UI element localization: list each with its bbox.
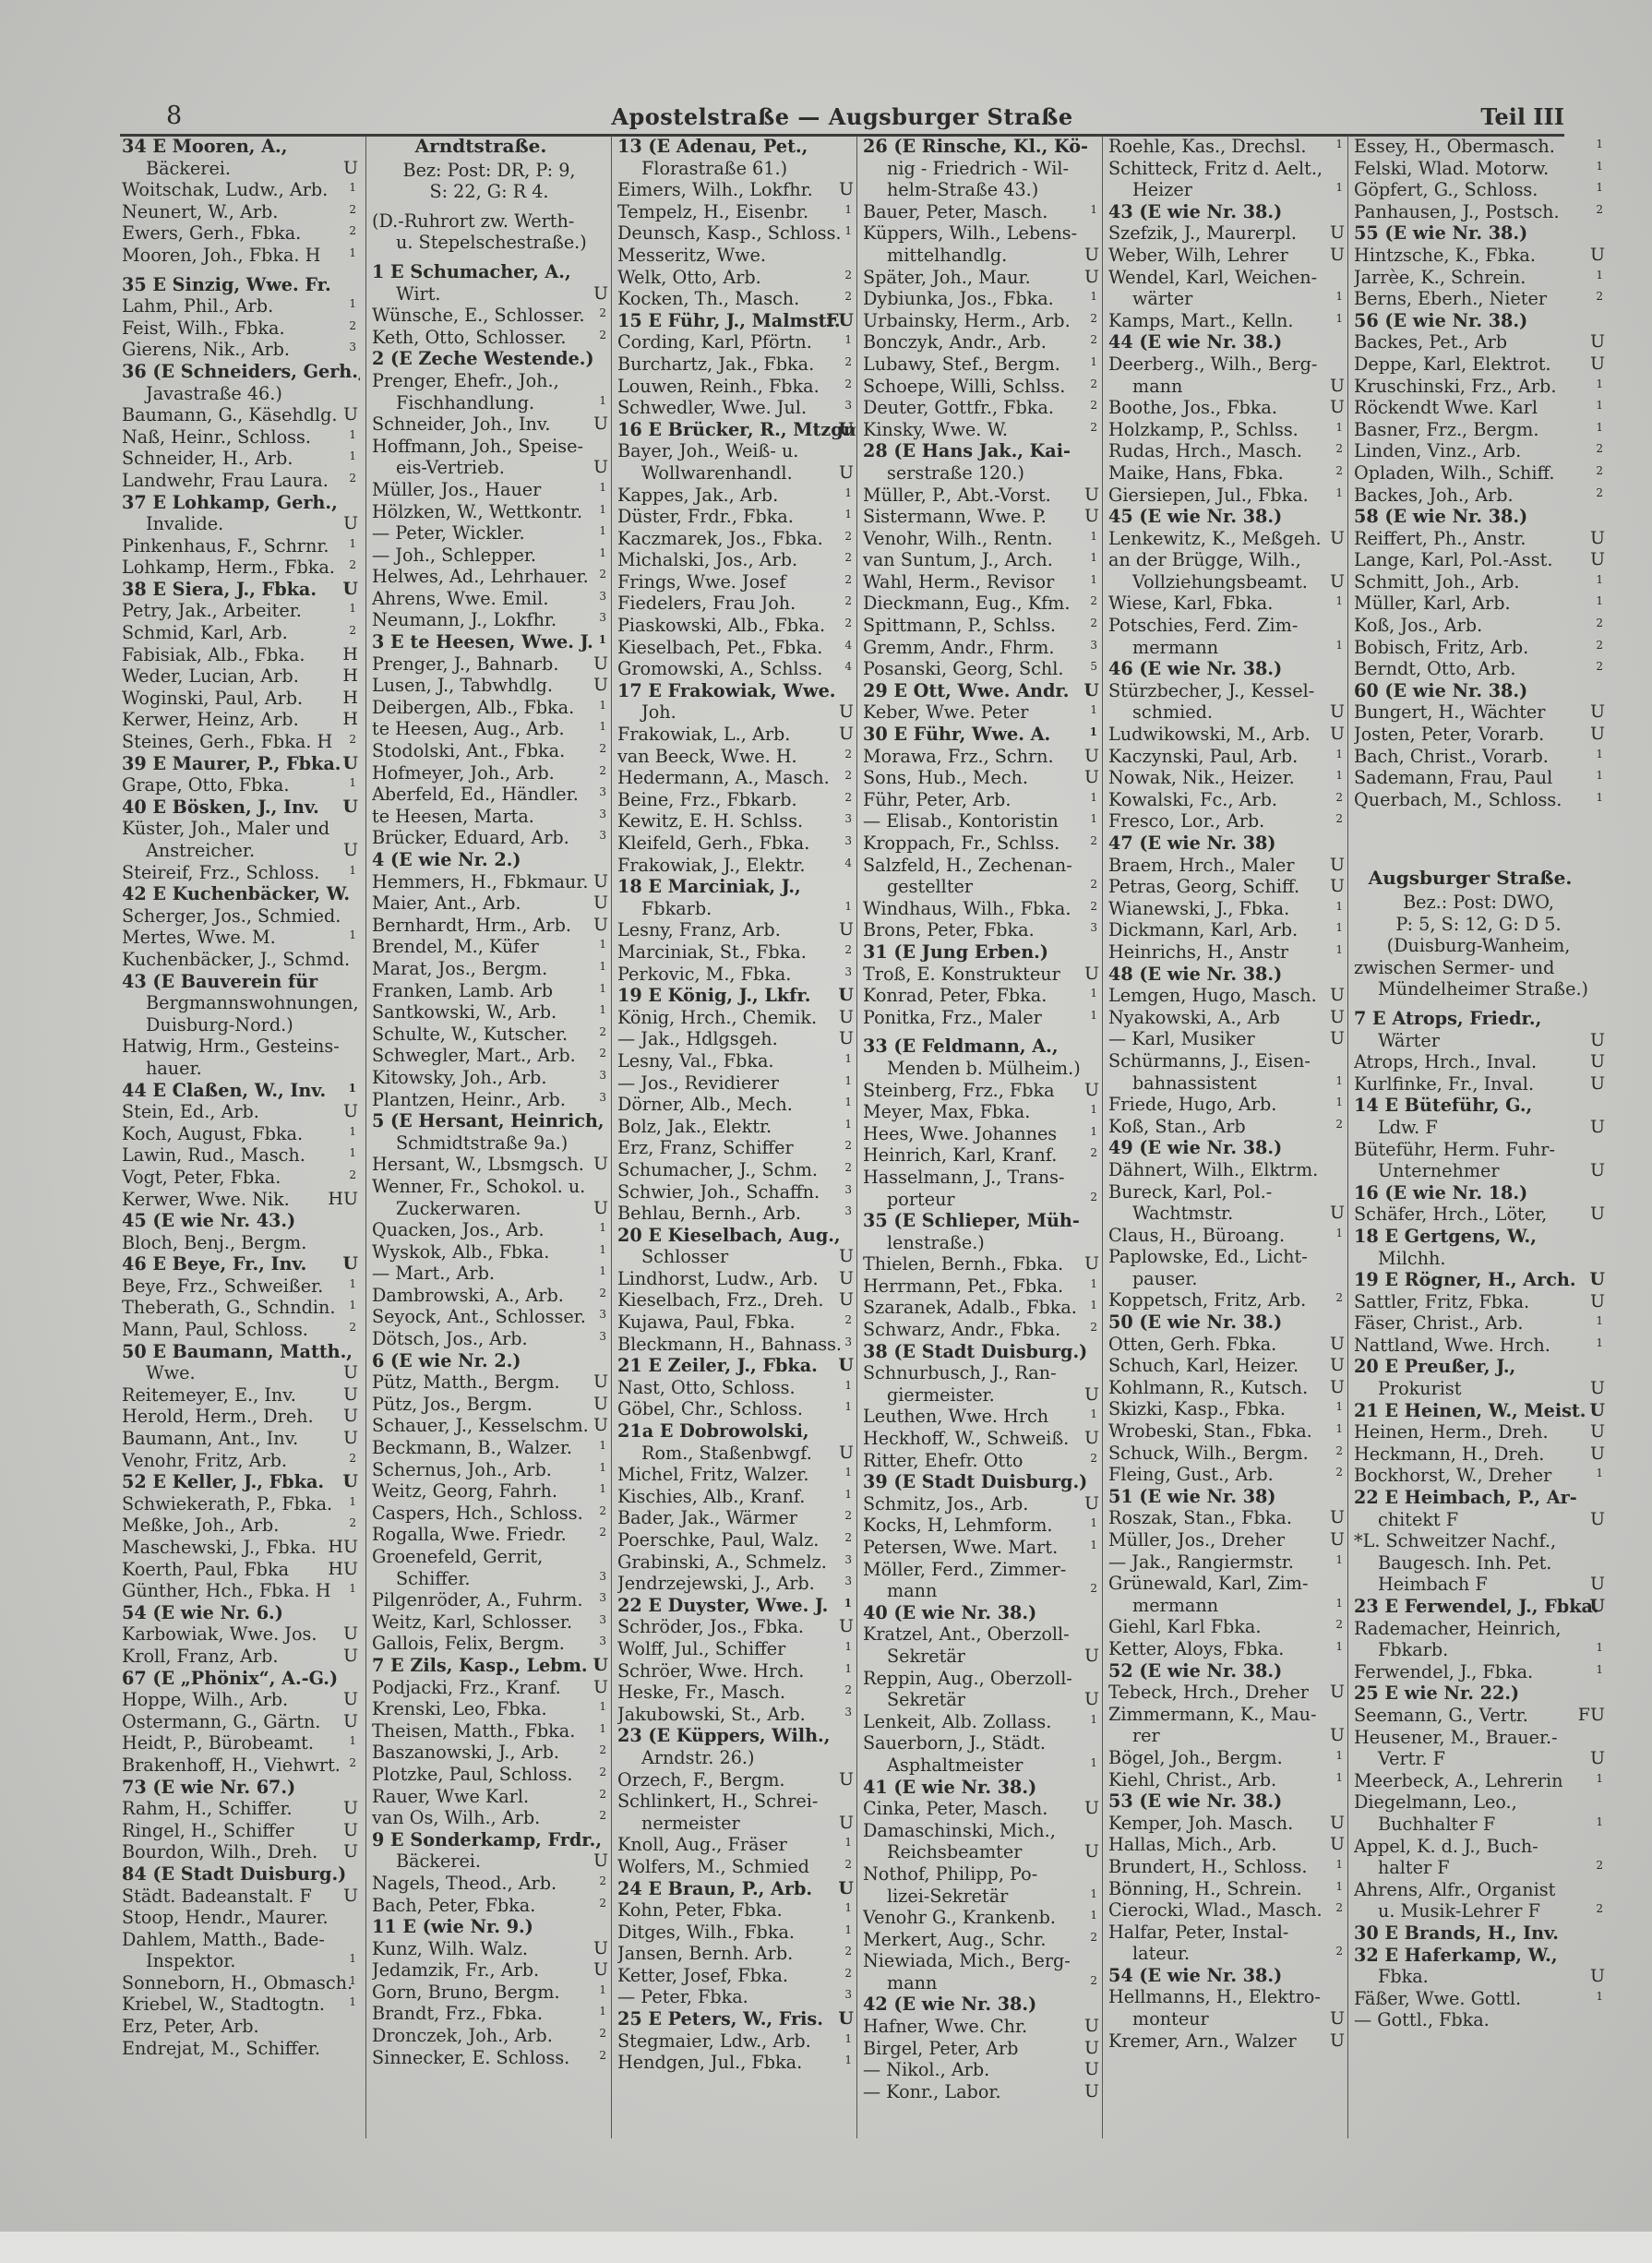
- resident-entry: mermann1: [1108, 637, 1347, 659]
- floor-marker: U: [1330, 245, 1345, 267]
- entry-text: Landwehr, Frau Laura.: [122, 470, 329, 491]
- resident-entry: — Gottl., Fbka.: [1354, 2009, 1607, 2031]
- entry-text: Poerschke, Paul, Walz.: [617, 1529, 819, 1551]
- entry-text: Roehle, Kas., Drechsl.: [1108, 136, 1306, 157]
- entry-text: 20 E Kieselbach, Aug.,: [617, 1225, 841, 1246]
- entry-text: 45 (E wie Nr. 38.): [1108, 506, 1282, 527]
- floor-marker: U: [1330, 1834, 1345, 1856]
- floor-marker: 2: [599, 1742, 606, 1762]
- entry-text: — Jak., Rangiermstr.: [1108, 1551, 1294, 1573]
- house-entry: 46 (E wie Nr. 38.): [1108, 658, 1347, 680]
- resident-entry: Wirt.U: [372, 283, 610, 305]
- resident-entry: Aberfeld, Ed., Händler.3: [372, 784, 610, 806]
- entry-text: Dieckmann, Eug., Kfm.: [863, 593, 1070, 614]
- entry-text: Messeritz, Wwe.: [617, 245, 766, 266]
- entry-text: Skizki, Kasp., Fbka.: [1108, 1398, 1286, 1419]
- entry-text: Schuck, Wilh., Bergm.: [1108, 1443, 1309, 1464]
- entry-text: Braem, Hrch., Maler: [1108, 855, 1295, 876]
- entry-text: Bleckmann, H., Bahnass.: [617, 1334, 842, 1355]
- floor-marker: 1: [1090, 789, 1097, 809]
- resident-entry: Frakowiak, J., Elektr.4: [617, 855, 856, 877]
- entry-text: Reppin, Aug., Oberzoll-: [863, 1668, 1072, 1689]
- entry-text: te Heesen, Marta.: [372, 806, 534, 827]
- entry-text: Herrmann, Pet., Fbka.: [863, 1275, 1063, 1297]
- entry-text: Marciniak, St., Fbka.: [617, 941, 807, 963]
- floor-marker: U: [1330, 1813, 1345, 1835]
- house-entry: 49 (E wie Nr. 38.): [1108, 1137, 1347, 1159]
- floor-marker: 2: [1596, 637, 1603, 657]
- floor-marker: 1: [1090, 810, 1097, 831]
- resident-entry: Kieselbach, Frz., Dreh.U: [617, 1289, 856, 1311]
- entry-text: Hoffmann, Joh., Speise-: [372, 436, 583, 457]
- resident-entry: Koppetsch, Fritz, Arb.2: [1108, 1289, 1347, 1311]
- house-entry: 7 E Atrops, Friedr.,: [1354, 1008, 1607, 1030]
- entry-text: 43 (E wie Nr. 38.): [1108, 201, 1282, 222]
- floor-marker: 1: [349, 179, 356, 199]
- resident-entry: — Peter, Wickler.1: [372, 522, 610, 545]
- floor-marker: 3: [599, 1328, 606, 1348]
- entry-text: Linden, Vinz., Arb.: [1354, 440, 1521, 461]
- floor-marker: U: [1330, 2030, 1345, 2053]
- entry-text: Krenski, Leo, Fbka.: [372, 1698, 547, 1719]
- floor-marker: 1: [1090, 1515, 1097, 1535]
- resident-entry: Cinka, Peter, Masch.U: [863, 1798, 1101, 1820]
- floor-marker: 2: [1090, 1972, 1097, 1993]
- part-label: Teil III: [1480, 103, 1564, 130]
- entry-text: Ketter, Josef, Fbka.: [617, 1965, 788, 1986]
- entry-text: Knoll, Aug., Fräser: [617, 1834, 787, 1855]
- floor-marker: U: [1330, 1507, 1345, 1529]
- entry-text: Santkowski, W., Arb.: [372, 1001, 557, 1023]
- entry-text: (D.-Ruhrort zw. Werth-: [372, 210, 574, 232]
- resident-entry: — Jos., Revidierer1: [617, 1072, 856, 1095]
- entry-text: 36 (E Schneiders, Gerh.,: [122, 361, 360, 382]
- entry-text: Hintzsche, K., Fbka.: [1354, 245, 1536, 266]
- floor-marker: 2: [349, 470, 356, 490]
- entry-text: Kuchenbäcker, J., Schmd.: [122, 949, 350, 970]
- floor-marker: 1: [1090, 1123, 1097, 1143]
- resident-entry: Schernus, Joh., Arb.1: [372, 1459, 610, 1481]
- floor-marker: U: [1590, 1378, 1605, 1400]
- resident-entry: Keber, Wwe. Peter1: [863, 701, 1101, 724]
- entry-text: Behlau, Bernh., Arb.: [617, 1203, 801, 1224]
- entry-text: Piaskowski, Alb., Fbka.: [617, 615, 825, 636]
- entry-text: Fbkarb.: [641, 898, 712, 919]
- resident-entry: Schlinkert, H., Schrei-: [617, 1790, 856, 1813]
- entry-text: 52 (E wie Nr. 38.): [1108, 1660, 1282, 1682]
- floor-marker: 2: [844, 571, 852, 592]
- column-1: 34 E Mooren, A.,Bäckerei.UWoitschak, Lud…: [122, 136, 360, 2138]
- entry-text: Michalski, Jos., Arb.: [617, 549, 797, 570]
- floor-marker: 1: [599, 501, 606, 521]
- floor-marker: 3: [844, 810, 852, 831]
- entry-text: Kaczynski, Paul, Arb.: [1108, 746, 1298, 767]
- house-entry: 28 (E Hans Jak., Kai-: [863, 440, 1101, 462]
- entry-text: Asphaltmeister: [887, 1754, 1023, 1776]
- resident-entry: Bez.: Post: DWO,: [1354, 892, 1607, 914]
- entry-text: 6 (E wie Nr. 2.): [372, 1350, 521, 1371]
- floor-marker: U: [1590, 1509, 1605, 1531]
- entry-text: Deppe, Karl, Elektrot.: [1354, 353, 1551, 375]
- floor-marker: 1: [1335, 1072, 1343, 1093]
- entry-text: Nagels, Theod., Arb.: [372, 1873, 557, 1894]
- entry-text: Erz, Peter, Arb.: [122, 2016, 259, 2037]
- entry-text: Lohkamp, Herm., Fbka.: [122, 557, 335, 578]
- floor-marker: 1: [349, 448, 356, 468]
- resident-entry: Kaczynski, Paul, Arb.1: [1108, 746, 1347, 768]
- entry-text: Beine, Frz., Fbkarb.: [617, 789, 797, 810]
- floor-marker: 5: [1090, 658, 1097, 678]
- floor-marker: 1: [1596, 789, 1603, 809]
- resident-entry: schmied.U: [1108, 701, 1347, 724]
- resident-entry: Bader, Jak., Wärmer2: [617, 1507, 856, 1529]
- floor-marker: 2: [1335, 462, 1343, 483]
- entry-text: Pinkenhaus, F., Schrnr.: [122, 535, 329, 557]
- floor-marker: 1: [349, 1950, 356, 1970]
- entry-text: Zuckerwaren.: [396, 1198, 521, 1219]
- entry-text: Grabinski, A., Schmelz.: [617, 1551, 827, 1573]
- floor-marker: 1: [1335, 1769, 1343, 1790]
- floor-marker: 2: [1090, 331, 1097, 352]
- entry-text: 16 E Brücker, R., Mtzgm.: [617, 419, 856, 440]
- floor-marker: U: [839, 1769, 854, 1791]
- entry-text: Ahrens, Wwe. Emil.: [372, 588, 548, 609]
- entry-text: Kurlfinke, Fr., Inval.: [1354, 1073, 1534, 1095]
- resident-entry: Birgel, Peter, ArbU: [863, 2038, 1101, 2060]
- entry-text: Prenger, Ehefr., Joh.,: [372, 370, 559, 391]
- resident-entry: Atrops, Hrch., Inval.U: [1354, 1051, 1607, 1073]
- resident-entry: Fbkarb.1: [1354, 1639, 1607, 1661]
- floor-marker: 1: [349, 1732, 356, 1753]
- floor-marker: U: [839, 1007, 854, 1029]
- entry-text: 11 E (wie Nr. 9.): [372, 1916, 533, 1937]
- resident-entry: Reiffert, Ph., Anstr.U: [1354, 528, 1607, 550]
- entry-text: Müller, Jos., Hauer: [372, 479, 541, 500]
- floor-marker: 2: [349, 1515, 356, 1535]
- entry-text: Ringel, H., Schiffer: [122, 1820, 294, 1841]
- floor-marker: U: [593, 871, 608, 893]
- entry-text: Arndtstraße.: [415, 136, 547, 157]
- floor-marker: 4: [844, 855, 852, 875]
- resident-entry: Inspektor.1: [122, 1950, 360, 1972]
- entry-text: Arndstr. 26.): [641, 1747, 755, 1768]
- floor-marker: 1: [844, 201, 852, 222]
- resident-entry: Jakubowski, St., Arb.3: [617, 1704, 856, 1726]
- entry-text: mermann: [1132, 1595, 1218, 1616]
- entry-text: Büteführ, Herm. Fuhr-: [1354, 1139, 1555, 1160]
- floor-marker: 1: [1596, 1312, 1603, 1333]
- entry-text: Vertr. F: [1378, 1748, 1445, 1769]
- entry-text: 39 (E Stadt Duisburg.): [863, 1471, 1087, 1492]
- resident-entry: Wwe.U: [122, 1362, 360, 1384]
- floor-marker: 1: [1090, 1711, 1097, 1731]
- entry-text: Bolz, Jak., Elektr.: [617, 1116, 772, 1137]
- floor-marker: 2: [844, 1311, 852, 1332]
- resident-entry: Hees, Wwe. Johannes1: [863, 1123, 1101, 1145]
- resident-entry: Plotzke, Paul, Schloss.2: [372, 1764, 610, 1786]
- page-bottom-edge: [0, 2232, 1652, 2263]
- floor-marker: 2: [844, 789, 852, 809]
- resident-entry: Heimbach FU: [1354, 1574, 1607, 1596]
- floor-marker: H: [342, 644, 358, 666]
- entry-text: Petras, Georg, Schiff.: [1108, 876, 1299, 897]
- entry-text: Petersen, Wwe. Mart.: [863, 1537, 1058, 1558]
- floor-marker: 1: [1335, 485, 1343, 505]
- resident-entry: Ewers, Gerh., Fbka.2: [122, 222, 360, 245]
- resident-entry: Dörner, Alb., Mech.1: [617, 1094, 856, 1116]
- entry-text: Urbainsky, Herm., Arb.: [863, 310, 1071, 331]
- resident-entry: Theberath, G., Schndin.1: [122, 1297, 360, 1319]
- floor-marker: 1: [844, 1660, 852, 1681]
- entry-text: u. Musik-Lehrer F: [1378, 1900, 1540, 1922]
- resident-entry: Lahm, Phil., Arb.1: [122, 295, 360, 317]
- floor-marker: 4: [844, 637, 852, 657]
- floor-marker: 1: [599, 1241, 606, 1262]
- resident-entry: Boothe, Jos., Fbka.U: [1108, 397, 1347, 419]
- resident-entry: Petry, Jak., Arbeiter.1: [122, 600, 360, 622]
- resident-entry: Tempelz, H., Eisenbr.1: [617, 201, 856, 223]
- entry-text: Paplowske, Ed., Licht-: [1108, 1246, 1308, 1267]
- floor-marker: 3: [349, 339, 356, 359]
- resident-entry: Fäßer, Wwe. Gottl.1: [1354, 1988, 1607, 2010]
- resident-entry: Wrobeski, Stan., Fbka.1: [1108, 1420, 1347, 1443]
- resident-entry: *L. Schweitzer Nachf.,: [1354, 1530, 1607, 1552]
- entry-text: Schwegler, Mart., Arb.: [372, 1045, 576, 1066]
- house-entry: 11 E (wie Nr. 9.): [372, 1916, 610, 1938]
- resident-entry: Posanski, Georg, Schl.5: [863, 658, 1101, 680]
- resident-entry: halter F2: [1354, 1857, 1607, 1879]
- floor-marker: 1: [1596, 746, 1603, 766]
- floor-marker: 3: [844, 1704, 852, 1724]
- resident-entry: Zimmermann, K., Mau-: [1108, 1704, 1347, 1726]
- resident-entry: Marciniak, St., Fbka.2: [617, 941, 856, 964]
- entry-text: Duisburg-Nord.): [146, 1014, 293, 1036]
- entry-text: Kieselbach, Frz., Dreh.: [617, 1289, 823, 1311]
- entry-text: Keber, Wwe. Peter: [863, 701, 1028, 723]
- resident-entry: Brücker, Eduard, Arb.3: [372, 827, 610, 849]
- house-entry: 39 (E Stadt Duisburg.): [863, 1471, 1101, 1493]
- resident-entry: Kewitz, E. H. Schlss.3: [617, 810, 856, 832]
- house-entry: 73 (E wie Nr. 67.): [122, 1777, 360, 1799]
- resident-entry: Merkert, Aug., Schr.2: [863, 1929, 1101, 1951]
- resident-entry: Halfar, Peter, Instal-: [1108, 1922, 1347, 1944]
- house-entry: 38 (E Stadt Duisburg.): [863, 1341, 1101, 1363]
- house-entry: 36 (E Schneiders, Gerh.,: [122, 361, 360, 383]
- entry-text: Bader, Jak., Wärmer: [617, 1507, 797, 1528]
- resident-entry: Ritter, Ehefr. Otto2: [863, 1450, 1101, 1472]
- resident-entry: Schnurbusch, J., Ran-: [863, 1362, 1101, 1384]
- entry-text: Otten, Gerh. Fbka.: [1108, 1334, 1276, 1355]
- floor-marker: 2: [1090, 1319, 1097, 1339]
- entry-text: Deuter, Gottfr., Fbka.: [863, 397, 1054, 418]
- entry-text: 22 E Heimbach, P., Ar-: [1354, 1487, 1577, 1508]
- resident-entry: Wachtmstr.U: [1108, 1203, 1347, 1225]
- entry-text: Cierocki, Wlad., Masch.: [1108, 1899, 1323, 1921]
- resident-entry: Hedermann, A., Masch.2: [617, 767, 856, 789]
- entry-text: Wärter: [1378, 1030, 1440, 1051]
- floor-marker: 1: [1335, 1094, 1343, 1114]
- entry-text: Ahrens, Alfr., Organist: [1354, 1879, 1555, 1900]
- resident-entry: Dronczek, Joh., Arb.2: [372, 2025, 610, 2047]
- entry-text: Troß, E. Konstrukteur: [863, 964, 1060, 985]
- resident-entry: Quacken, Jos., Arb.1: [372, 1219, 610, 1241]
- entry-text: Bonczyk, Andr., Arb.: [863, 331, 1047, 353]
- floor-marker: 1: [1335, 1420, 1343, 1441]
- entry-text: Deerberg., Wilh., Berg-: [1108, 353, 1317, 375]
- floor-marker: 1: [1090, 1275, 1097, 1296]
- house-entry: 41 (E wie Nr. 38.): [863, 1777, 1101, 1799]
- resident-entry: Ketter, Josef, Fbka.2: [617, 1965, 856, 1987]
- resident-entry: giermeister.U: [863, 1384, 1101, 1407]
- resident-entry: Asphaltmeister1: [863, 1754, 1101, 1777]
- entry-text: Göpfert, G., Schloss.: [1354, 179, 1538, 200]
- floor-marker: 1: [1090, 1007, 1097, 1027]
- floor-marker: U: [343, 1841, 358, 1863]
- entry-text: 20 E Preußer, J.,: [1354, 1356, 1515, 1377]
- resident-entry: Lawin, Rud., Masch.1: [122, 1144, 360, 1167]
- resident-entry: UnternehmerU: [1354, 1160, 1607, 1182]
- resident-entry: Szaranek, Adalb., Fbka.1: [863, 1297, 1101, 1319]
- entry-text: Dähnert, Wilh., Elktrm.: [1108, 1159, 1318, 1180]
- house-entry: 56 (E wie Nr. 38.): [1354, 310, 1607, 332]
- resident-entry: Santkowski, W., Arb.1: [372, 1001, 610, 1024]
- floor-marker: 1: [1335, 637, 1343, 657]
- resident-entry: Poerschke, Paul, Walz.2: [617, 1529, 856, 1551]
- resident-entry: Schürmanns, J., Eisen-: [1108, 1050, 1347, 1072]
- entry-text: Javastraße 46.): [146, 383, 282, 404]
- entry-text: Lange, Karl, Pol.-Asst.: [1354, 549, 1552, 570]
- entry-text: Hallas, Mich., Arb.: [1108, 1834, 1277, 1855]
- resident-entry: Invalide.U: [122, 513, 360, 535]
- floor-marker: 2: [844, 353, 852, 374]
- floor-marker: 1: [349, 1080, 356, 1100]
- resident-entry: Nagels, Theod., Arb.2: [372, 1873, 610, 1895]
- column-6: Essey, H., Obermasch.1Felski, Wlad. Moto…: [1347, 136, 1607, 2138]
- entry-text: Nattland, Wwe. Hrch.: [1354, 1335, 1550, 1356]
- floor-marker: 1: [1090, 1537, 1097, 1557]
- entry-text: Venohr G., Krankenb.: [863, 1907, 1056, 1928]
- entry-text: Herold, Herm., Dreh.: [122, 1406, 314, 1427]
- resident-entry: Kujawa, Paul, Fbka.2: [617, 1311, 856, 1334]
- entry-text: Nyakowski, A., Arb: [1108, 1007, 1280, 1028]
- floor-marker: 1: [599, 936, 606, 956]
- entry-text: Weber, Wilh, Lehrer: [1108, 245, 1288, 266]
- entry-text: 13 (E Adenau, Pet.,: [617, 136, 808, 157]
- entry-text: Weitz, Karl, Schlosser.: [372, 1611, 572, 1633]
- resident-entry: ProkuristU: [1354, 1378, 1607, 1400]
- house-entry: 2 (E Zeche Westende.): [372, 348, 610, 370]
- entry-text: Ditges, Wilh., Fbka.: [617, 1922, 795, 1943]
- resident-entry: Gremm, Andr., Fhrm.3: [863, 637, 1101, 659]
- entry-text: Beckmann, B., Walzer.: [372, 1437, 572, 1458]
- entry-text: Hemmers, H., Fbkmaur.: [372, 871, 588, 892]
- floor-marker: 1: [349, 1123, 356, 1143]
- resident-entry: Sattler, Fritz, Fbka.U: [1354, 1291, 1607, 1313]
- resident-entry: Lesny, Franz, Arb.U: [617, 919, 856, 941]
- entry-text: 43 (E Bauverein für: [122, 971, 317, 992]
- house-entry: 20 E Kieselbach, Aug.,: [617, 1225, 856, 1247]
- entry-text: Steireif, Frz., Schloss.: [122, 862, 319, 883]
- floor-marker: 1: [1596, 1661, 1603, 1682]
- floor-marker: 2: [599, 2047, 606, 2067]
- page-title: Apostelstraße — Augsburger Straße: [120, 103, 1564, 130]
- resident-entry: Fabisiak, Alb., Fbka.H: [122, 644, 360, 666]
- resident-entry: bahnassistent1: [1108, 1072, 1347, 1095]
- entry-text: Schnurbusch, J., Ran-: [863, 1362, 1057, 1383]
- resident-entry: Rahm, H., Schiffer.U: [122, 1798, 360, 1820]
- entry-text: 60 (E wie Nr. 38.): [1354, 680, 1527, 701]
- floor-marker: 2: [1090, 376, 1097, 396]
- entry-text: Bayer, Joh., Weiß- u.: [617, 440, 798, 461]
- resident-entry: pauser.: [1108, 1268, 1347, 1290]
- resident-entry: Reitemeyer, E., Inv.U: [122, 1384, 360, 1407]
- resident-entry: Küppers, Wilh., Lebens-: [863, 222, 1101, 245]
- entry-text: Seyock, Ant., Schlosser.: [372, 1306, 586, 1327]
- resident-entry: ReichsbeamterU: [863, 1841, 1101, 1863]
- resident-entry: — Jak., Rangiermstr.1: [1108, 1551, 1347, 1574]
- floor-marker: 1: [1596, 1814, 1603, 1834]
- floor-marker: 1: [349, 1493, 356, 1514]
- entry-text: Kroll, Franz, Arb.: [122, 1646, 279, 1667]
- house-entry: 43 (E wie Nr. 38.): [1108, 201, 1347, 223]
- entry-text: Hellmanns, H., Elektro-: [1108, 1986, 1321, 2007]
- house-entry: 9 E Sonderkamp, Frdr.,: [372, 1829, 610, 1851]
- entry-text: gestellter: [887, 876, 973, 897]
- resident-entry: Schumacher, J., Schm.2: [617, 1159, 856, 1181]
- entry-text: Pütz, Jos., Bergm.: [372, 1394, 533, 1415]
- resident-entry: Sons, Hub., Mech.U: [863, 767, 1101, 789]
- floor-marker: 1: [1090, 701, 1097, 722]
- floor-marker: 1: [844, 1922, 852, 1942]
- floor-marker: 1: [1596, 1465, 1603, 1485]
- resident-entry: Kroppach, Fr., Schlss.2: [863, 832, 1101, 855]
- entry-text: Birgel, Peter, Arb: [863, 2038, 1018, 2059]
- resident-entry: Pilgenröder, A., Fuhrm.3: [372, 1589, 610, 1611]
- floor-marker: 1: [349, 535, 356, 556]
- resident-entry: Schauer, J., Kesselschm.U: [372, 1415, 610, 1437]
- entry-text: 19 E Rögner, H., Arch.: [1354, 1269, 1576, 1290]
- resident-entry: Mann, Paul, Schloss.2: [122, 1319, 360, 1341]
- resident-entry: (Duisburg-Wanheim,: [1354, 935, 1607, 957]
- resident-entry: Dickmann, Karl, Arb.1: [1108, 919, 1347, 941]
- entry-text: 26 (E Rinsche, Kl., Kö-: [863, 136, 1088, 157]
- floor-marker: 1: [844, 1398, 852, 1419]
- floor-marker: U: [839, 1289, 854, 1311]
- entry-text: Ewers, Gerh., Fbka.: [122, 222, 301, 244]
- floor-marker: U: [1330, 528, 1345, 550]
- floor-marker: U: [1084, 964, 1099, 986]
- resident-entry: Giersiepen, Jul., Fbka.1: [1108, 485, 1347, 507]
- resident-entry: Essey, H., Obermasch.1: [1354, 136, 1607, 158]
- resident-entry: Nyakowski, A., ArbU: [1108, 1007, 1347, 1029]
- floor-marker: 2: [599, 1786, 606, 1806]
- entry-text: Wolff, Jul., Schiffer: [617, 1638, 785, 1659]
- entry-text: Deunsch, Kasp., Schloss.: [617, 222, 842, 244]
- resident-entry: Braem, Hrch., MalerU: [1108, 855, 1347, 877]
- entry-text: Fbka.: [1378, 1966, 1429, 1987]
- floor-marker: 3: [599, 1568, 606, 1588]
- floor-marker: 2: [599, 1503, 606, 1523]
- entry-text: te Heesen, Aug., Arb.: [372, 718, 565, 739]
- floor-marker: 2: [1335, 789, 1343, 809]
- floor-marker: 1: [1090, 1754, 1097, 1775]
- floor-marker: 1: [1335, 179, 1343, 199]
- resident-entry: Thielen, Bernh., Fbka.U: [863, 1253, 1101, 1275]
- resident-entry: Ferwendel, J., Fbka.1: [1354, 1661, 1607, 1683]
- floor-marker: U: [343, 840, 358, 862]
- floor-marker: U: [343, 513, 358, 535]
- resident-entry: Buchhalter F1: [1354, 1814, 1607, 1836]
